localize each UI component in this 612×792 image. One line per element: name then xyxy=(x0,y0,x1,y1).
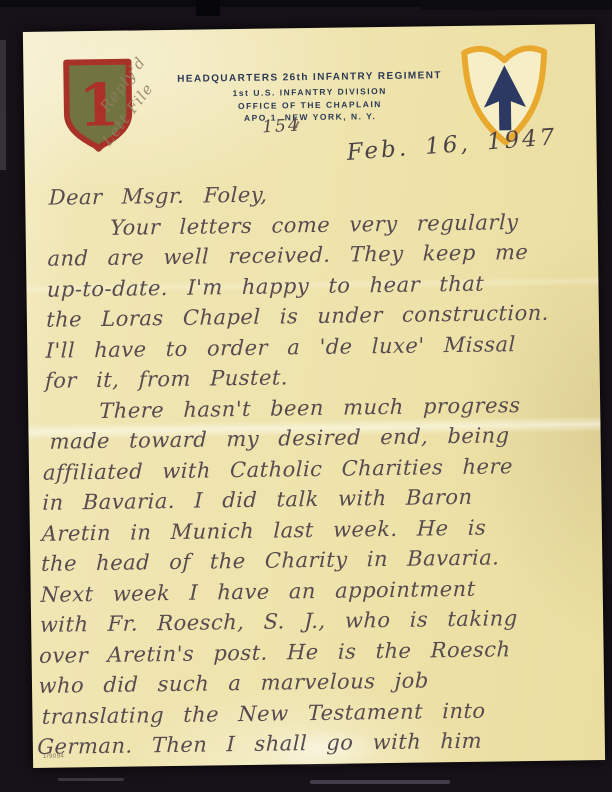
scanner-artifact xyxy=(196,0,220,16)
scanner-artifact xyxy=(58,778,124,781)
handwritten-apo-number: 154 xyxy=(262,116,301,138)
scanner-artifact xyxy=(0,40,6,170)
scanner-artifact xyxy=(310,780,450,784)
letter-line: German. Then I shall go with him xyxy=(37,724,598,762)
letter-body: Dear Msgr. Foley,Your letters come very … xyxy=(37,175,609,763)
letterhead-line1: HEADQUARTERS 26th INFANTRY REGIMENT xyxy=(171,70,447,85)
letterhead-line4: APO 1, NEW YORK, N. Y. xyxy=(172,109,448,125)
letterhead-block: HEADQUARTERS 26th INFANTRY REGIMENT 1st … xyxy=(171,70,448,125)
letter-page: 1 HEADQUARTERS 26th INFANTRY REGIMENT 1s… xyxy=(23,24,605,768)
scanner-artifact xyxy=(420,0,612,10)
scan-background: 1 HEADQUARTERS 26th INFANTRY REGIMENT 1s… xyxy=(0,0,612,792)
catalog-number: 1/9094 xyxy=(43,754,64,760)
